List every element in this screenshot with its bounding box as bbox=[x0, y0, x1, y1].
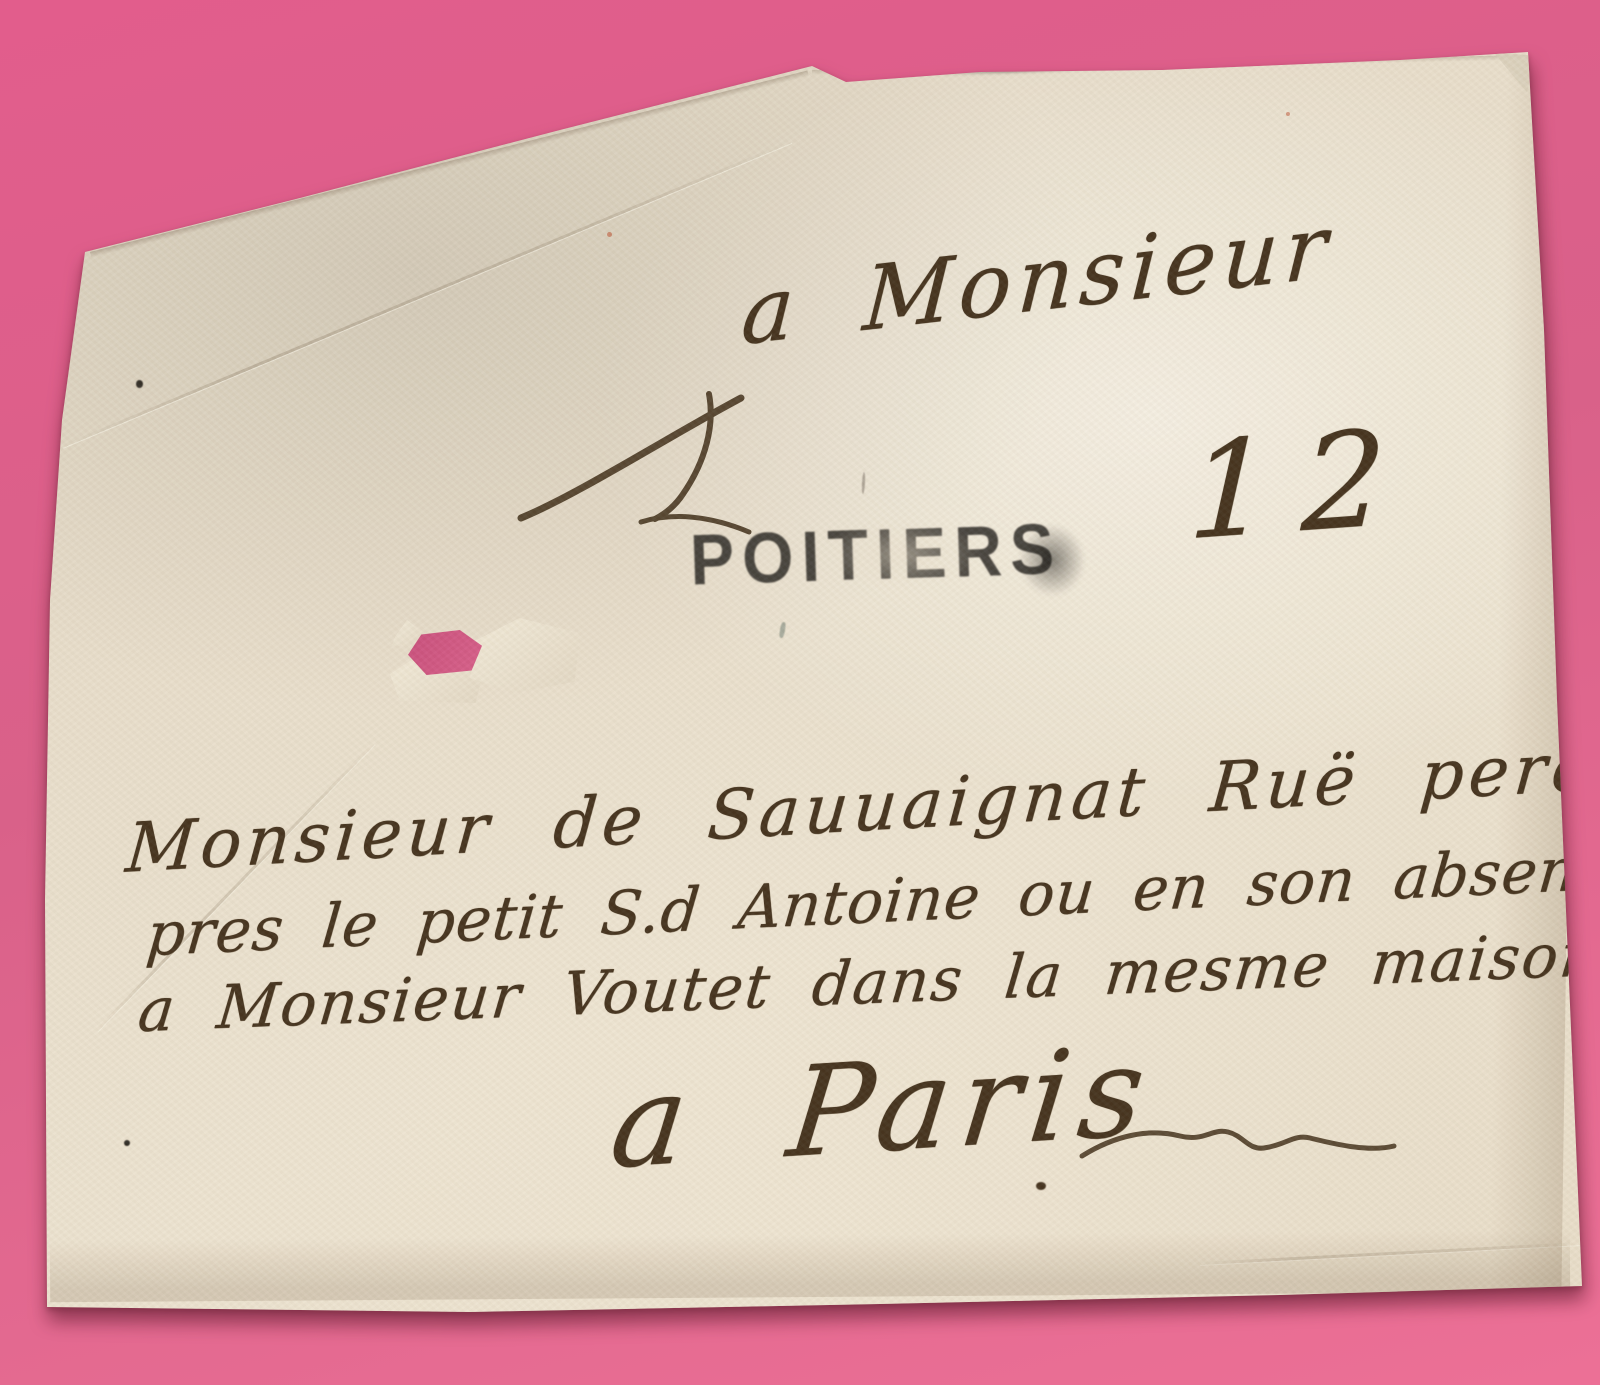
torn-paper-flap bbox=[470, 618, 580, 693]
red-stain-speck bbox=[607, 232, 612, 237]
ink-speck bbox=[124, 1140, 130, 1146]
photo-background: OT.18 a Monsieur 12 POITIERS Monsieur de… bbox=[0, 0, 1600, 1385]
right-edge-shade bbox=[1489, 60, 1578, 1291]
destination-flourish bbox=[1078, 1116, 1398, 1188]
letter-cover: OT.18 a Monsieur 12 POITIERS Monsieur de… bbox=[0, 0, 1600, 1385]
salutation-script: a Monsieur bbox=[739, 194, 1336, 366]
fold-crease-bottom-right bbox=[1200, 1242, 1580, 1265]
envelope-paper: OT.18 a Monsieur 12 POITIERS Monsieur de… bbox=[0, 0, 1600, 1385]
ink-dot bbox=[1036, 1182, 1046, 1190]
bottom-edge-shade bbox=[50, 1230, 1570, 1303]
corner-dog-ear bbox=[1491, 51, 1534, 92]
top-edge-shadow-left bbox=[90, 70, 809, 257]
rate-mark-12: 12 bbox=[1186, 400, 1419, 571]
green-scuff-mark bbox=[779, 622, 787, 639]
red-stain-speck bbox=[1286, 112, 1290, 116]
ink-speck bbox=[136, 380, 143, 388]
pencil-note: OT.18 bbox=[104, 125, 192, 224]
ink-scuff bbox=[861, 472, 865, 494]
top-edge-ink-smudge bbox=[932, 52, 1150, 75]
poitiers-postmark: POITIERS bbox=[689, 507, 1063, 601]
top-edge-shadow-right bbox=[812, 55, 1532, 75]
